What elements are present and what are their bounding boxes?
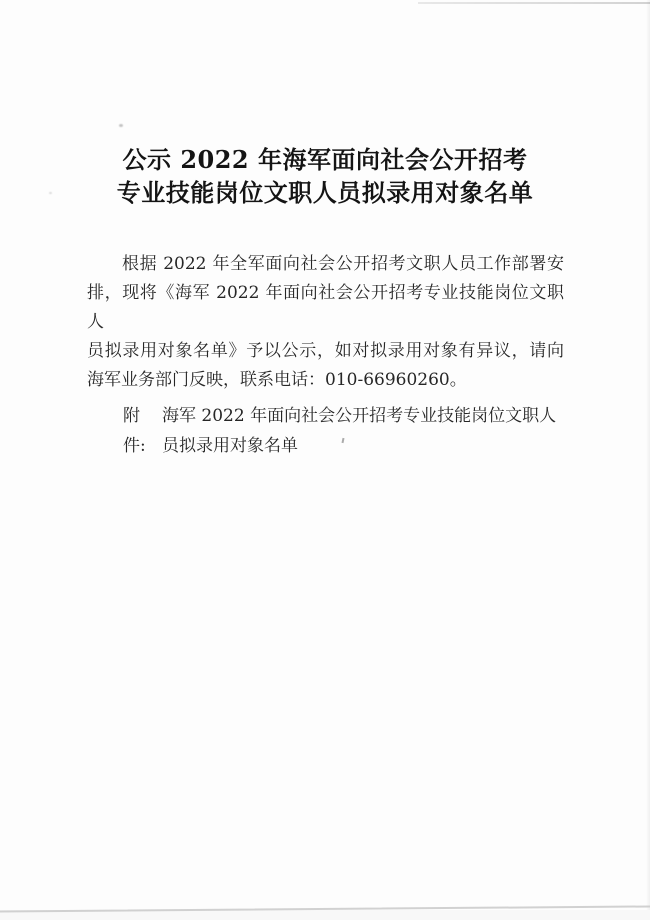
title-line-2: 专业技能岗位文职人员拟录用对象名单 (0, 176, 650, 209)
attachment-lines: 海军 2022 年面向社会公开招考专业技能岗位文职人 员拟录用对象名单 (162, 401, 583, 461)
body-paragraph: 根据 2022 年全军面向社会公开招考文职人员工作部署安 排，现将《海军 202… (87, 250, 564, 395)
scan-speck (119, 124, 123, 127)
attachment-line-2: 员拟录用对象名单 (162, 431, 583, 461)
body-line: 排，现将《海军 2022 年面向社会公开招考专业技能岗位文职人 (87, 279, 564, 337)
attachment-section: 附件: 海军 2022 年面向社会公开招考专业技能岗位文职人 员拟录用对象名单 (123, 401, 583, 461)
scan-artifact-top-edge (418, 2, 650, 4)
document-title: 公示 2022 年海军面向社会公开招考 专业技能岗位文职人员拟录用对象名单 (0, 143, 650, 209)
document-page: 公示 2022 年海军面向社会公开招考 专业技能岗位文职人员拟录用对象名单 根据… (0, 0, 650, 920)
body-line: 员拟录用对象名单》予以公示，如对拟录用对象有异议，请向 (87, 337, 564, 366)
body-line: 海军业务部门反映，联系电话：010-66960260。 (87, 366, 564, 395)
scan-artifact-right-shadow (646, 0, 650, 920)
title-line-1: 公示 2022 年海军面向社会公开招考 (0, 143, 650, 176)
body-line: 根据 2022 年全军面向社会公开招考文职人员工作部署安 (87, 250, 564, 279)
attachment-label: 附件: (123, 401, 162, 461)
attachment-line-1: 海军 2022 年面向社会公开招考专业技能岗位文职人 (162, 401, 583, 431)
